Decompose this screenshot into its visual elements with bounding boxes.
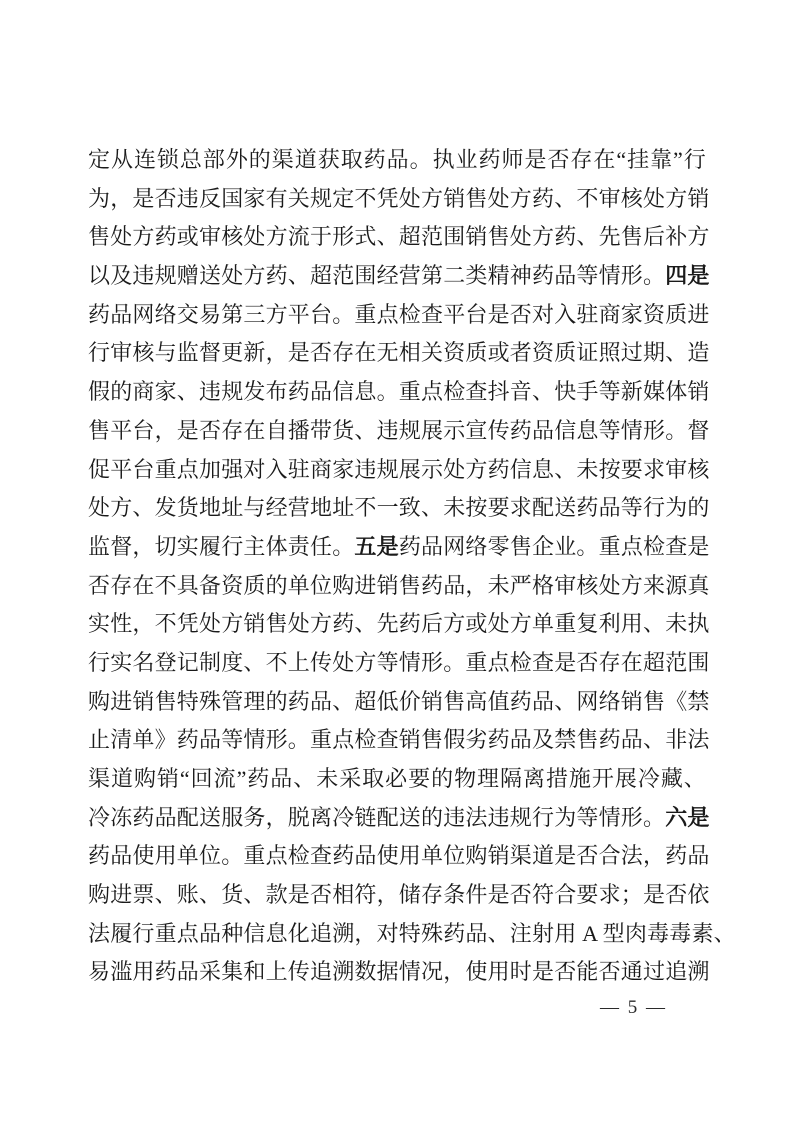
text-run: 假的商家、违规发布药品信息。重点检查抖音、快手等新媒体销 [88,379,710,404]
text-line: 为，是否违反国家有关规定不凭处方销售处方药、不审核处方销 [88,180,706,219]
text-line: 止清单》药品等情形。重点检查销售假劣药品及禁售药品、非法 [88,721,706,760]
text-line: 易滥用药品采集和上传追溯数据情况，使用时是否能否通过追溯 [88,953,706,992]
text-run: 药品网络零售企业。重点检查是 [399,534,710,559]
text-run: 易滥用药品采集和上传追溯数据情况，使用时是否能否通过追溯 [88,959,710,984]
text-run: 行审核与监督更新，是否存在无相关资质或者资质证照过期、造 [88,340,710,365]
text-line: 法履行重点品种信息化追溯，对特殊药品、注射用 A 型肉毒毒素、 [88,915,706,954]
text-line: 冷冻药品配送服务，脱离冷链配送的违法违规行为等情形。六是 [88,799,706,838]
text-run: 以及违规赠送处方药、超范围经营第二类精神药品等情形。 [88,263,665,288]
text-line: 行实名登记制度、不上传处方等情形。重点检查是否存在超范围 [88,644,706,683]
document-page: 定从连锁总部外的渠道获取药品。执业药师是否存在“挂靠”行为，是否违反国家有关规定… [0,0,793,1122]
text-run: 购进票、账、货、款是否相符，储存条件是否符合要求；是否依 [88,882,710,907]
text-run: 否存在不具备资质的单位购进销售药品，未严格审核处方来源真 [88,573,710,598]
text-run: 冷冻药品配送服务，脱离冷链配送的违法违规行为等情形。 [88,805,665,830]
text-line: 购进票、账、货、款是否相符，储存条件是否符合要求；是否依 [88,876,706,915]
text-run: 为，是否违反国家有关规定不凭处方销售处方药、不审核处方销 [88,186,710,211]
text-run: 行实名登记制度、不上传处方等情形。重点检查是否存在超范围 [88,650,710,675]
text-run: 定从连锁总部外的渠道获取药品。执业药师是否存在“挂靠”行 [88,147,706,172]
text-run: 购进销售特殊管理的药品、超低价销售高值药品、网络销售《禁 [88,689,710,714]
text-line: 假的商家、违规发布药品信息。重点检查抖音、快手等新媒体销 [88,373,706,412]
text-run: 药品使用单位。重点检查药品使用单位购销渠道是否合法，药品 [88,843,710,868]
text-line: 处方、发货地址与经营地址不一致、未按要求配送药品等行为的 [88,489,706,528]
text-run: 渠道购销“回流”药品、未采取必要的物理隔离措施开展冷藏、 [88,766,706,791]
text-block: 定从连锁总部外的渠道获取药品。执业药师是否存在“挂靠”行为，是否违反国家有关规定… [88,141,706,992]
text-line: 售平台，是否存在自播带货、违规展示宣传药品信息等情形。督 [88,412,706,451]
text-run: 止清单》药品等情形。重点检查销售假劣药品及禁售药品、非法 [88,727,710,752]
text-line: 否存在不具备资质的单位购进销售药品，未严格审核处方来源真 [88,567,706,606]
page-number: — 5 — [600,997,667,1019]
text-line: 行审核与监督更新，是否存在无相关资质或者资质证照过期、造 [88,334,706,373]
text-line: 促平台重点加强对入驻商家违规展示处方药信息、未按要求审核 [88,451,706,490]
text-run: 售平台，是否存在自播带货、违规展示宣传药品信息等情形。督 [88,418,710,443]
text-line: 购进销售特殊管理的药品、超低价销售高值药品、网络销售《禁 [88,683,706,722]
text-line: 实性，不凭处方销售处方药、先药后方或处方单重复利用、未执 [88,605,706,644]
text-line: 监督，切实履行主体责任。五是药品网络零售企业。重点检查是 [88,528,706,567]
bold-run: 五是 [354,534,398,559]
text-line: 药品使用单位。重点检查药品使用单位购销渠道是否合法，药品 [88,837,706,876]
text-line: 定从连锁总部外的渠道获取药品。执业药师是否存在“挂靠”行 [88,141,706,180]
text-line: 渠道购销“回流”药品、未采取必要的物理隔离措施开展冷藏、 [88,760,706,799]
text-run: 售处方药或审核处方流于形式、超范围销售处方药、先售后补方 [88,224,710,249]
text-run: 监督，切实履行主体责任。 [88,534,354,559]
bold-run: 六是 [665,805,709,830]
bold-run: 四是 [665,263,709,288]
text-run: 促平台重点加强对入驻商家违规展示处方药信息、未按要求审核 [88,457,710,482]
text-line: 售处方药或审核处方流于形式、超范围销售处方药、先售后补方 [88,218,706,257]
text-line: 以及违规赠送处方药、超范围经营第二类精神药品等情形。四是 [88,257,706,296]
text-run: 法履行重点品种信息化追溯，对特殊药品、注射用 A 型肉毒毒素、 [88,921,736,946]
text-run: 药品网络交易第三方平台。重点检查平台是否对入驻商家资质进 [88,302,710,327]
text-run: 处方、发货地址与经营地址不一致、未按要求配送药品等行为的 [88,495,710,520]
text-run: 实性，不凭处方销售处方药、先药后方或处方单重复利用、未执 [88,611,710,636]
text-line: 药品网络交易第三方平台。重点检查平台是否对入驻商家资质进 [88,296,706,335]
